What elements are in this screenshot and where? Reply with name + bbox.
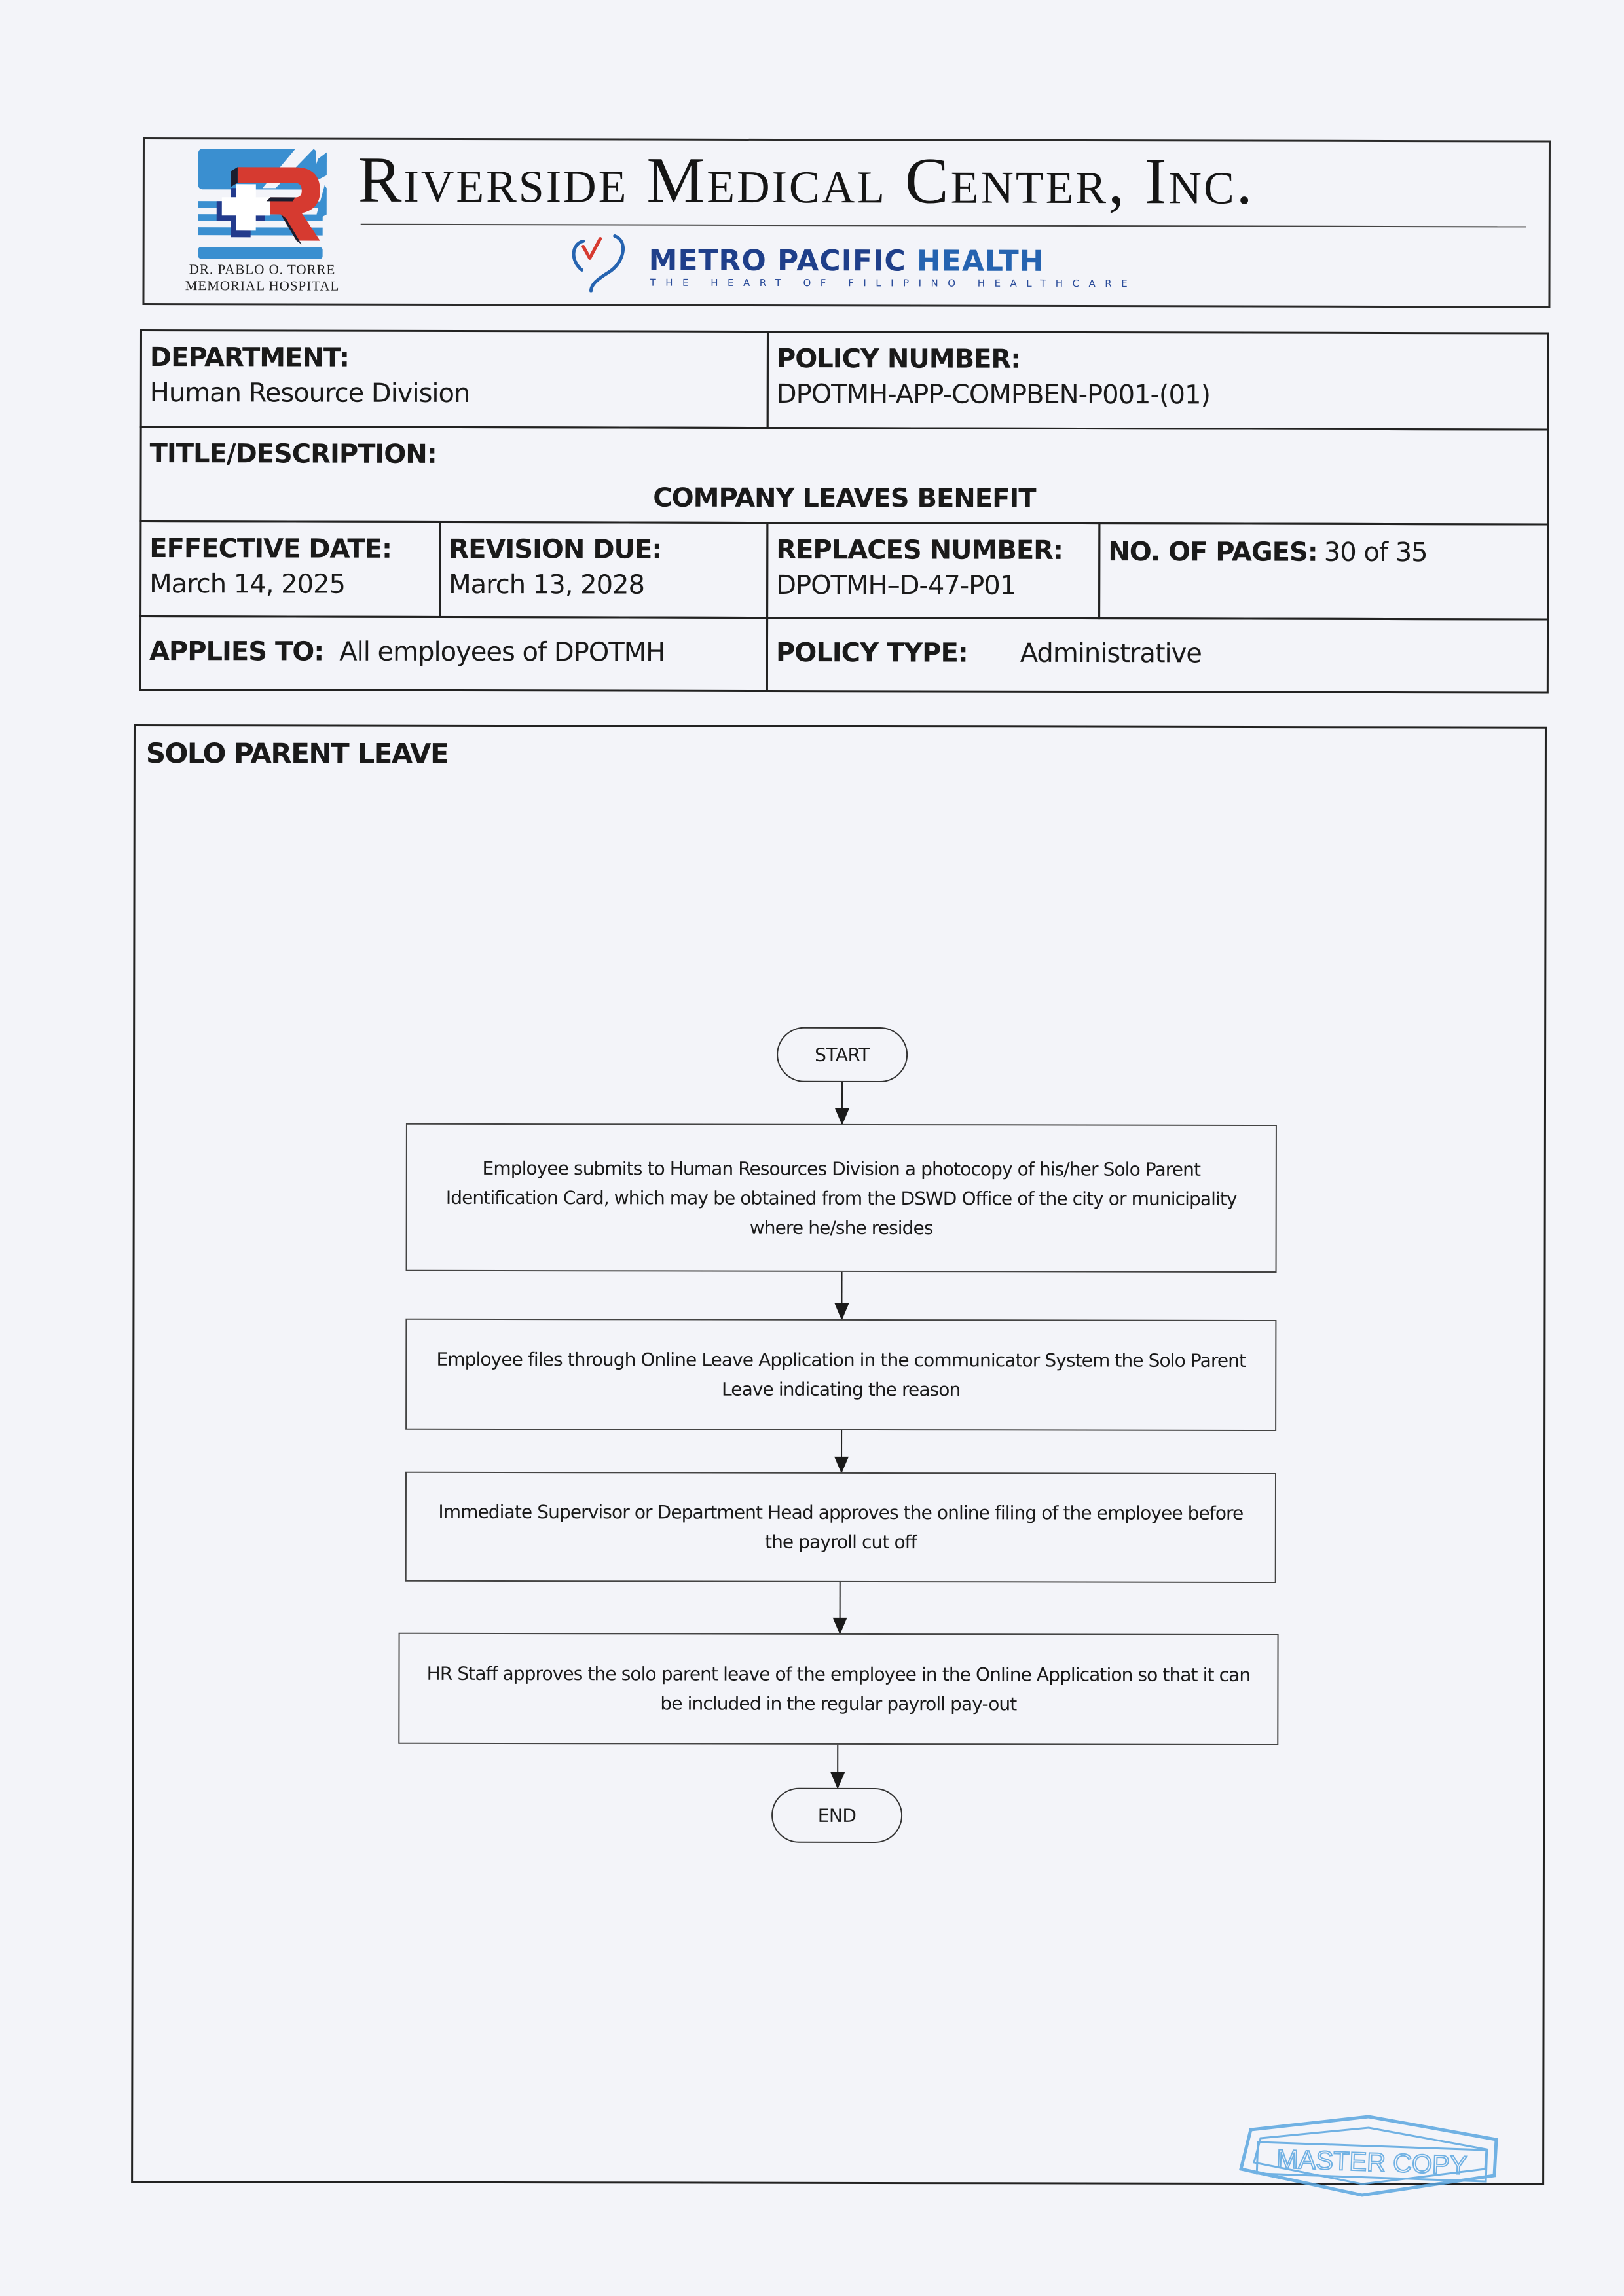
policy-number-cell: POLICY NUMBER: DPOTMH-APP-COMPBEN-P001-(… <box>767 331 1549 431</box>
effective-date-cell: EFFECTIVE DATE: March 14, 2025 <box>139 520 441 618</box>
policy-type-label: POLICY TYPE: <box>776 638 968 668</box>
flowchart-end: END <box>771 1788 902 1843</box>
flowchart-arrow <box>840 1582 841 1633</box>
hospital-logo-icon <box>197 149 328 260</box>
applies-to-label: APPLIES TO: <box>149 636 323 667</box>
applies-to-value: All employees of DPOTMH <box>339 637 665 668</box>
revision-due-label: REVISION DUE: <box>449 532 758 567</box>
section-title: SOLO PARENT LEAVE <box>146 735 448 773</box>
policy-info-table: DEPARTMENT: Human Resource Division POLI… <box>139 329 1549 694</box>
master-copy-stamp-icon: MASTER COPY <box>1238 2113 1506 2198</box>
flowchart-step-4: HR Staff approves the solo parent leave … <box>398 1633 1278 1745</box>
hospital-name-caption: Dr. Pablo O. Torre Memorial Hospital <box>177 261 347 295</box>
flowchart-arrow <box>837 1745 838 1788</box>
replaces-number-label: REPLACES NUMBER: <box>776 533 1090 568</box>
department-label: DEPARTMENT: <box>150 340 759 376</box>
page-count-cell: NO. OF PAGES:30 of 35 <box>1098 522 1549 620</box>
partner-brand-name-part-2: HEALTH <box>917 244 1044 278</box>
applies-to-cell: APPLIES TO:All employees of DPOTMH <box>139 615 768 692</box>
flowchart-arrow <box>841 1082 843 1124</box>
replaces-number-value: DPOTMH–D-47-P01 <box>776 567 1090 604</box>
policy-number-label: POLICY NUMBER: <box>777 342 1540 377</box>
content-frame: SOLO PARENT LEAVE START Employee submits… <box>131 724 1547 2185</box>
hospital-caption-line-2: Memorial Hospital <box>177 278 347 295</box>
department-cell: DEPARTMENT: Human Resource Division <box>140 329 769 429</box>
revision-due-value: March 13, 2028 <box>449 566 758 604</box>
effective-date-label: EFFECTIVE DATE: <box>149 532 431 566</box>
hospital-caption-line-1: Dr. Pablo O. Torre <box>177 261 348 278</box>
revision-due-cell: REVISION DUE: March 13, 2028 <box>439 521 768 619</box>
partner-brand-name: METRO PACIFIC HEALTH <box>649 246 1044 278</box>
effective-date-value: March 14, 2025 <box>149 566 431 603</box>
policy-number-value: DPOTMH-APP-COMPBEN-P001-(01) <box>777 376 1540 414</box>
company-name: Riverside Medical Center, Inc. <box>358 144 1255 218</box>
policy-type-cell: POLICY TYPE:Administrative <box>766 617 1549 694</box>
flowchart-step-2: Employee files through Online Leave Appl… <box>405 1319 1276 1431</box>
page-count-value: 30 of 35 <box>1324 538 1428 568</box>
policy-type-value: Administrative <box>1020 638 1202 669</box>
flowchart-start: START <box>777 1027 908 1082</box>
partner-brand-name-part-1: METRO PACIFIC <box>649 244 917 278</box>
flowchart-arrow <box>841 1272 842 1319</box>
letterhead: Dr. Pablo O. Torre Memorial Hospital Riv… <box>142 137 1551 308</box>
header-divider <box>361 224 1526 228</box>
flowchart-arrow <box>841 1430 842 1472</box>
department-value: Human Resource Division <box>150 374 759 412</box>
flowchart-step-1: Employee submits to Human Resources Divi… <box>406 1123 1277 1273</box>
partner-tagline: THE HEART OF FILIPINO HEALTHCARE <box>650 277 1137 290</box>
page-count-label: NO. OF PAGES: <box>1108 537 1318 568</box>
title-description-label: TITLE/DESCRIPTION: <box>150 437 1540 473</box>
title-description-value: COMPANY LEAVES BENEFIT <box>141 480 1547 517</box>
flowchart-step-3: Immediate Supervisor or Department Head … <box>405 1472 1276 1583</box>
title-description-cell: TITLE/DESCRIPTION: COMPANY LEAVES BENEFI… <box>139 426 1549 526</box>
replaces-number-cell: REPLACES NUMBER: DPOTMH–D-47-P01 <box>766 522 1100 619</box>
heart-logo-icon <box>569 232 629 292</box>
